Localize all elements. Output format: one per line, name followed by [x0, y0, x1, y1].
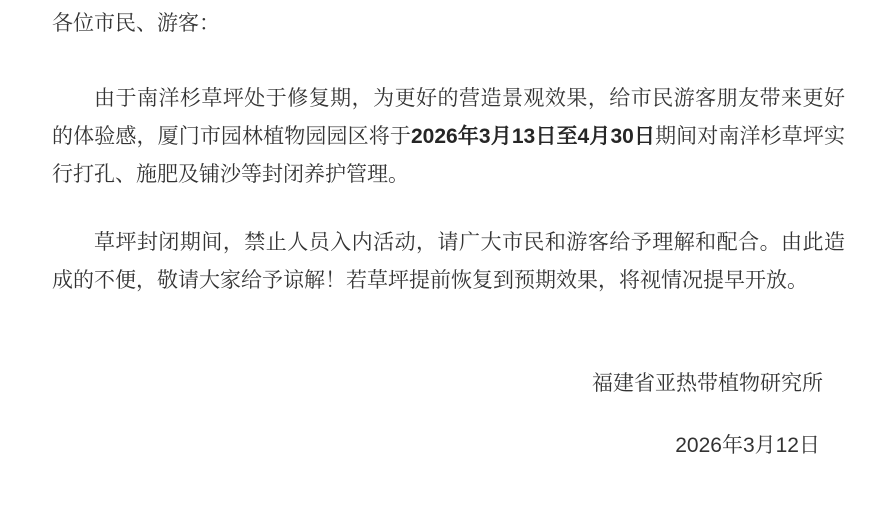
notice-page: 各位市民、游客： 由于南洋杉草坪处于修复期，为更好的营造景观效果，给市民游客朋友…: [0, 0, 870, 505]
greeting-line: 各位市民、游客：: [52, 5, 845, 43]
signature-organization: 福建省亚热带植物研究所: [52, 365, 845, 403]
signature-date: 2026年3月12日: [52, 427, 845, 465]
closure-date-range: 2026年3月13日至4月30日: [411, 125, 655, 148]
notice-paragraph-1: 由于南洋杉草坪处于修复期，为更好的营造景观效果，给市民游客朋友带来更好的体验感，…: [52, 80, 845, 194]
notice-paragraph-2: 草坪封闭期间，禁止人员入内活动，请广大市民和游客给予理解和配合。由此造成的不便，…: [52, 224, 845, 300]
